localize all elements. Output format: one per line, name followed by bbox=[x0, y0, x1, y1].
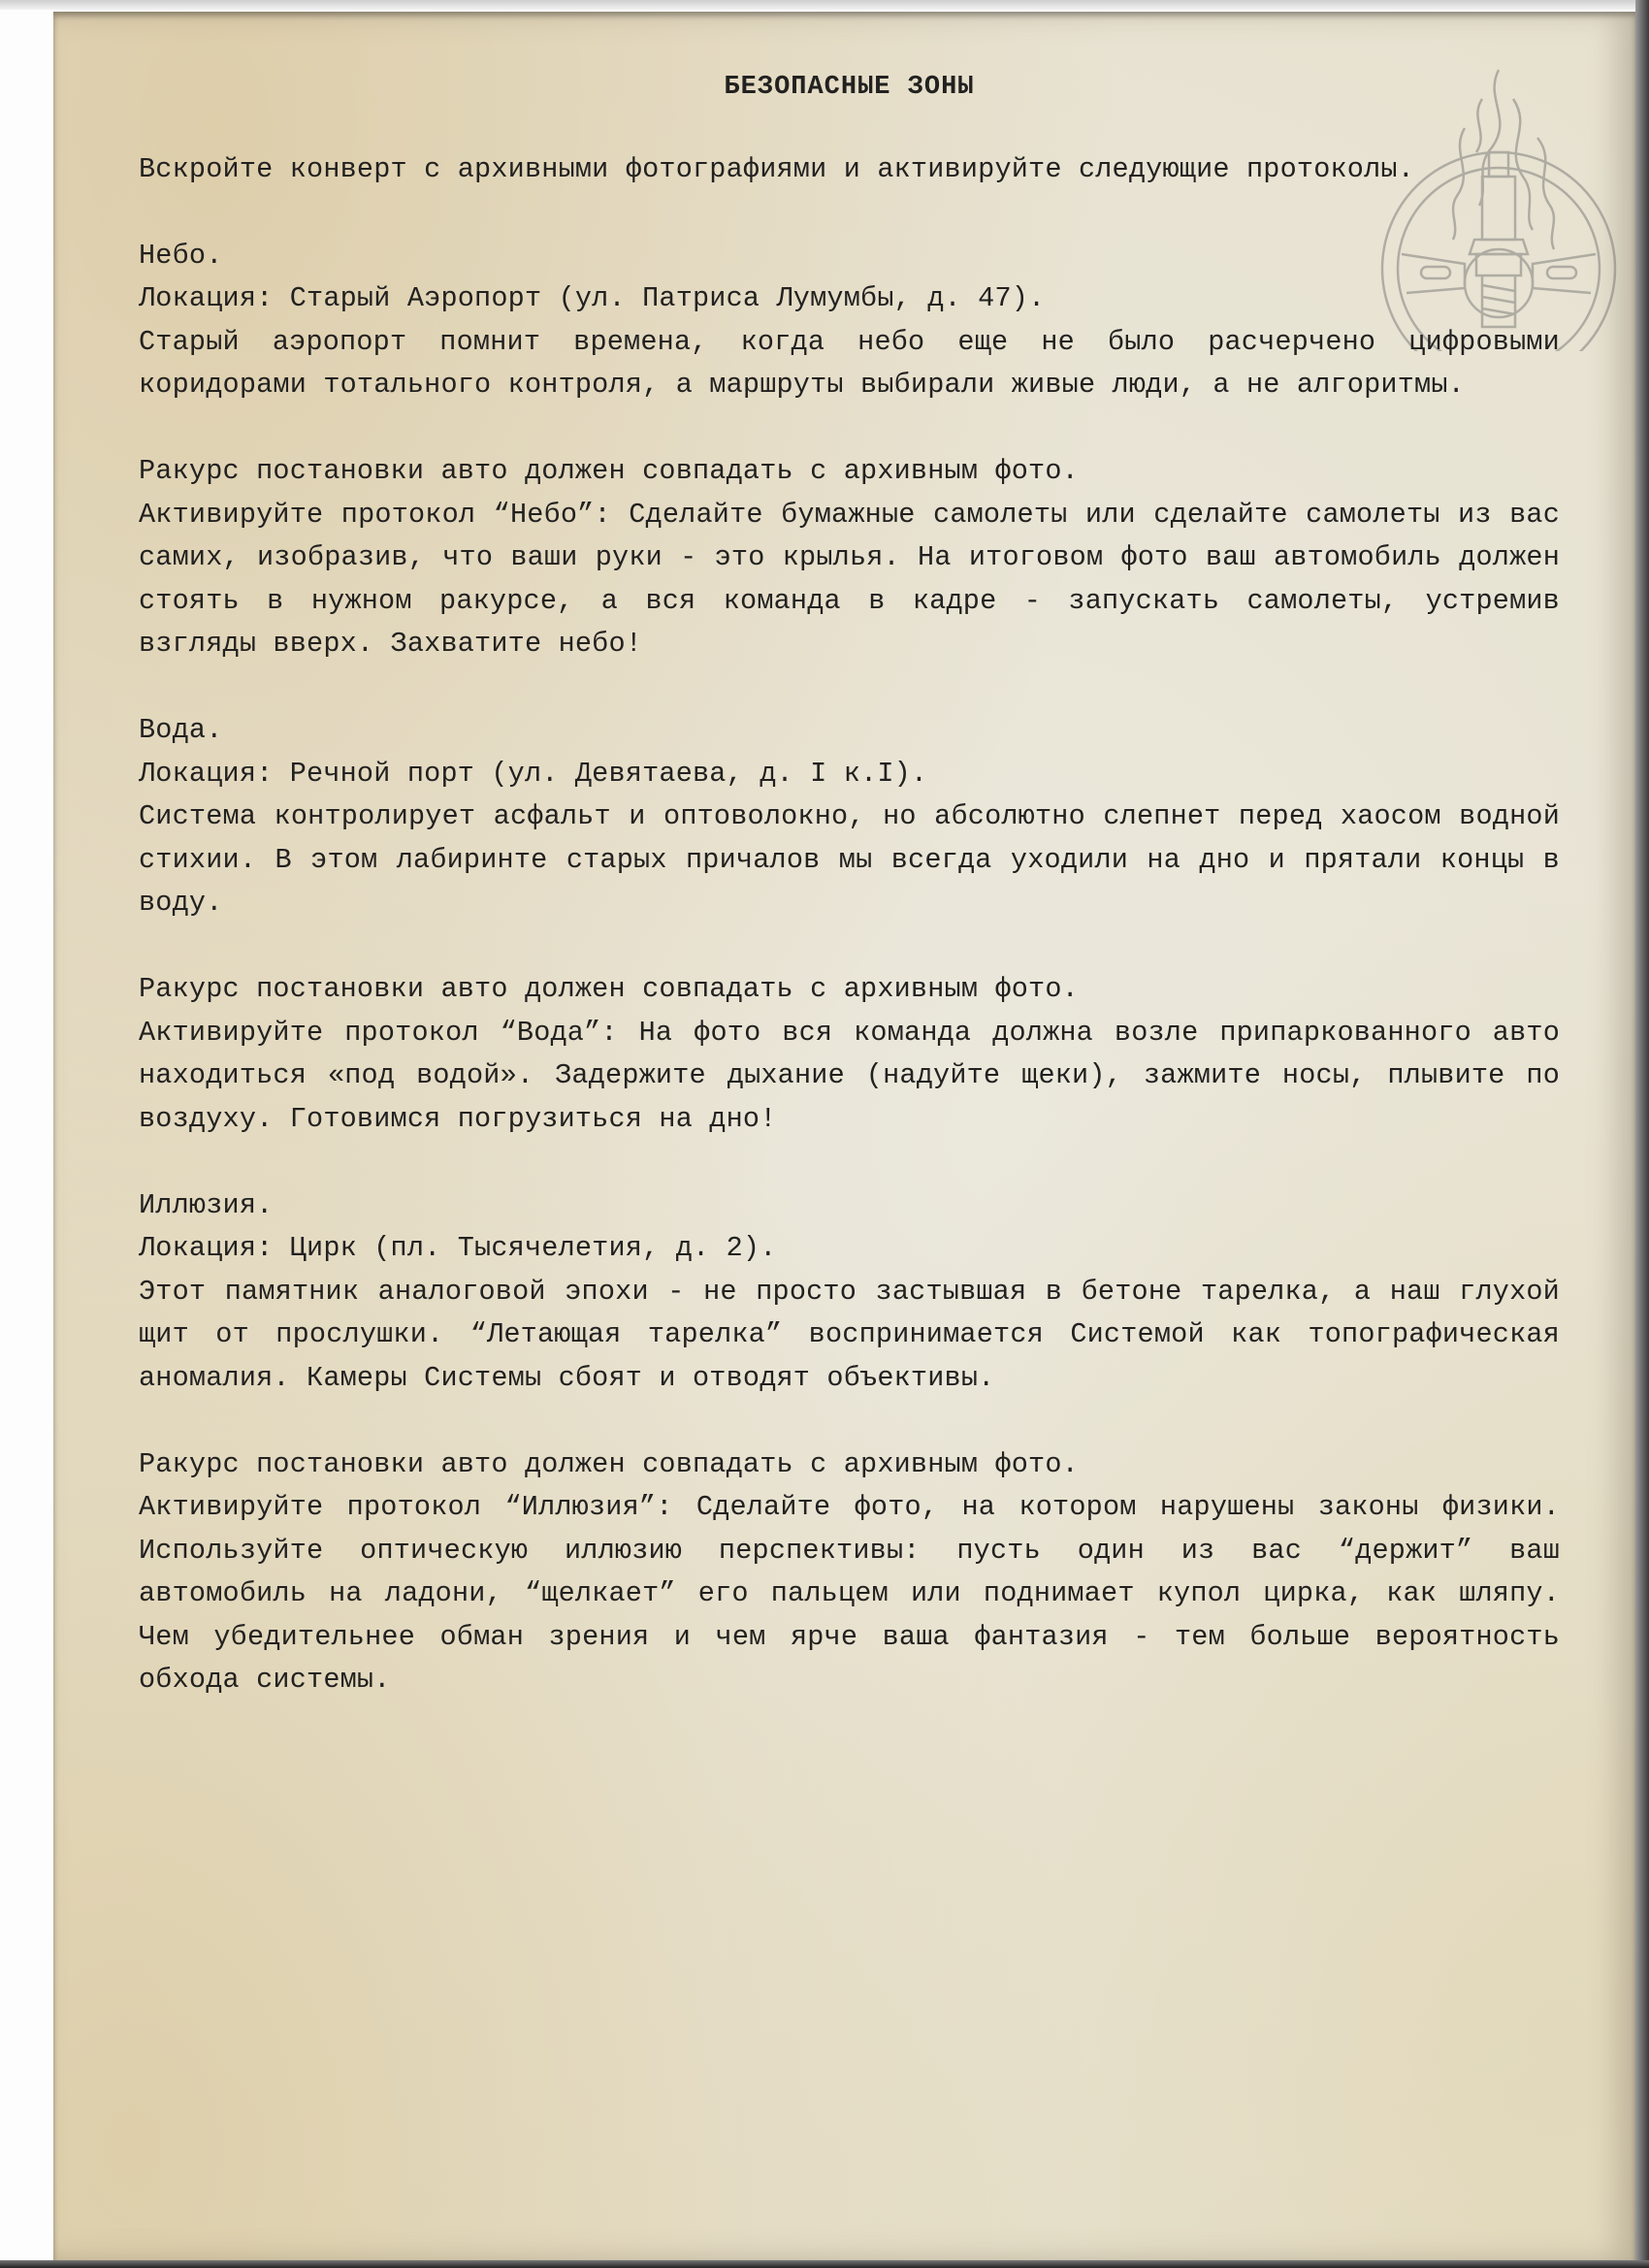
document-title: БЕЗОПАСНЫЕ ЗОНЫ bbox=[139, 66, 1560, 110]
section-heading: Иллюзия. bbox=[139, 1184, 1560, 1228]
intro-paragraph: Вскройте конверт с архивными фотографиям… bbox=[139, 148, 1560, 192]
section-description: Система контролирует асфальт и оптоволок… bbox=[139, 795, 1560, 925]
typewritten-document: БЕЗОПАСНЫЕ ЗОНЫ Вскройте конверт с архив… bbox=[139, 66, 1560, 1702]
section-description: Старый аэропорт помнит времена, когда не… bbox=[139, 321, 1560, 407]
section-protocol: Активируйте протокол “Небо”: Сделайте бу… bbox=[139, 494, 1560, 666]
section-protocol: Активируйте протокол “Вода”: На фото вся… bbox=[139, 1012, 1560, 1142]
section-location: Локация: Старый Аэропорт (ул. Патриса Лу… bbox=[139, 277, 1560, 321]
spacer bbox=[139, 666, 1560, 710]
section-sky: Небо. Локация: Старый Аэропорт (ул. Патр… bbox=[139, 235, 1560, 666]
section-angle-note: Ракурс постановки авто должен совпадать … bbox=[139, 968, 1560, 1012]
section-description: Этот памятник аналоговой эпохи - не прос… bbox=[139, 1271, 1560, 1401]
section-protocol: Активируйте протокол “Иллюзия”: Сделайте… bbox=[139, 1486, 1560, 1702]
section-illusion: Иллюзия. Локация: Цирк (пл. Тысячелетия,… bbox=[139, 1184, 1560, 1702]
scanner-right-edge bbox=[1635, 0, 1649, 2268]
spacer bbox=[139, 1400, 1560, 1443]
scanner-top-edge bbox=[0, 0, 1649, 10]
section-angle-note: Ракурс постановки авто должен совпадать … bbox=[139, 450, 1560, 494]
spacer bbox=[139, 1141, 1560, 1184]
section-angle-note: Ракурс постановки авто должен совпадать … bbox=[139, 1443, 1560, 1487]
spacer bbox=[139, 407, 1560, 451]
section-location: Локация: Цирк (пл. Тысячелетия, д. 2). bbox=[139, 1227, 1560, 1271]
section-heading: Небо. bbox=[139, 235, 1560, 278]
scanner-bottom-edge bbox=[0, 2260, 1649, 2268]
spacer bbox=[139, 191, 1560, 235]
section-heading: Вода. bbox=[139, 709, 1560, 753]
section-location: Локация: Речной порт (ул. Девятаева, д. … bbox=[139, 753, 1560, 796]
spacer bbox=[139, 925, 1560, 969]
section-water: Вода. Локация: Речной порт (ул. Девятаев… bbox=[139, 709, 1560, 1141]
